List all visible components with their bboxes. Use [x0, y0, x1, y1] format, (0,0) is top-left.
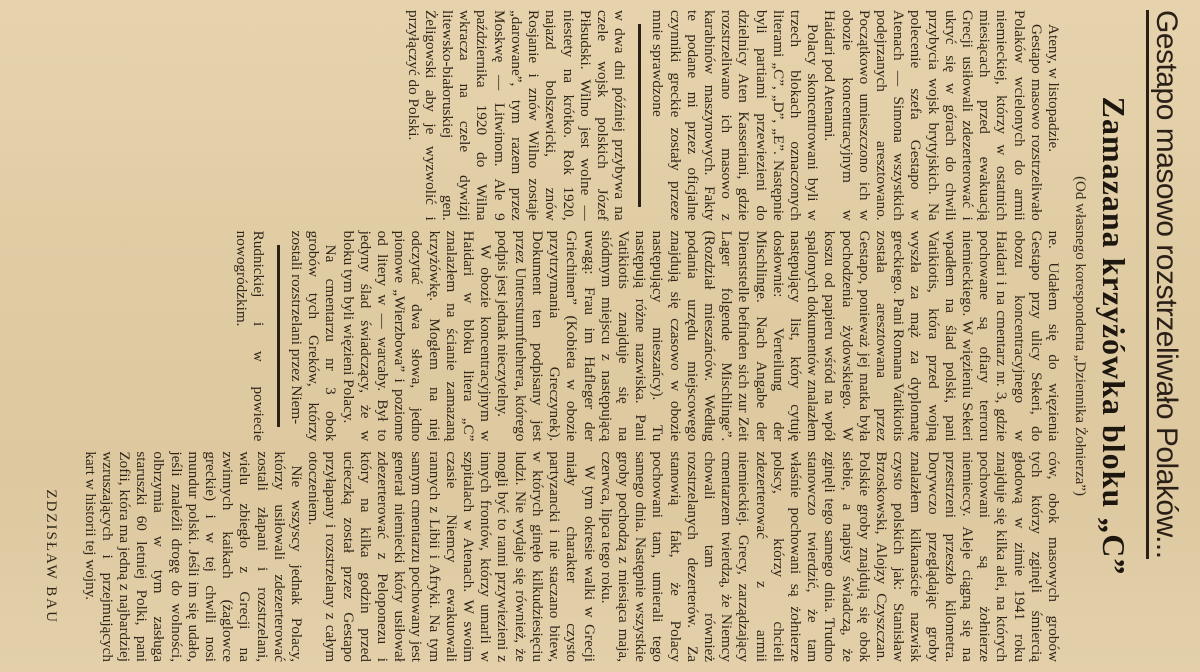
- column-divider: [638, 24, 641, 207]
- paragraph: W obozie koncentracyjnym w Haidari w blo…: [339, 231, 494, 442]
- paragraph: Gestapo masowo rozstrzeliwało Polaków wc…: [821, 10, 1045, 221]
- paragraph: Na cmentarzu nr 3 obok grobów tych Grekó…: [288, 231, 340, 442]
- paragraph: ne. Udałem się do więzienia Gestapo przy…: [494, 231, 1062, 442]
- column-3: ców, obok masowych grobów tych którzy zg…: [8, 451, 1062, 662]
- author-signature: ZDZISŁAW BAU: [42, 451, 59, 662]
- paragraph: ców, obok masowych grobów tych którzy zg…: [598, 451, 1062, 662]
- article-columns: Ateny, w listopadzie. Gestapo masowo roz…: [8, 10, 1062, 662]
- kicker-title: Gestapo masowo rozstrzeliwało Polaków...: [1144, 10, 1188, 632]
- column-divider: [277, 245, 280, 428]
- column-2: ne. Udałem się do więzienia Gestapo przy…: [8, 231, 1062, 442]
- kicker-text: Gestapo masowo rozstrzeliwało Polaków...: [1146, 10, 1183, 559]
- dateline: Ateny, w listopadzie.: [1045, 10, 1062, 221]
- paragraph: Rudnickiej i w powiecie nowogródzkim.: [232, 231, 266, 442]
- paragraph: W tym okresie walki w Grecji miały chara…: [305, 451, 597, 662]
- byline: (Od własnego korespondenta „Dziennika Żo…: [1071, 0, 1088, 672]
- column-1: Ateny, w listopadzie. Gestapo masowo roz…: [8, 10, 1062, 221]
- paragraph: Nie wszyscy jednak Polacy, którzy usiłow…: [81, 451, 305, 662]
- paragraph: Polacy skoncentrowani byli w trzech blok…: [649, 10, 821, 221]
- newspaper-clipping: Gestapo masowo rozstrzeliwało Polaków...…: [0, 0, 1200, 672]
- headline: Zamazana krzyżówka bloku „C”: [1095, 0, 1132, 672]
- paragraph: w dwa dni później przybywa na czele wojs…: [404, 10, 628, 221]
